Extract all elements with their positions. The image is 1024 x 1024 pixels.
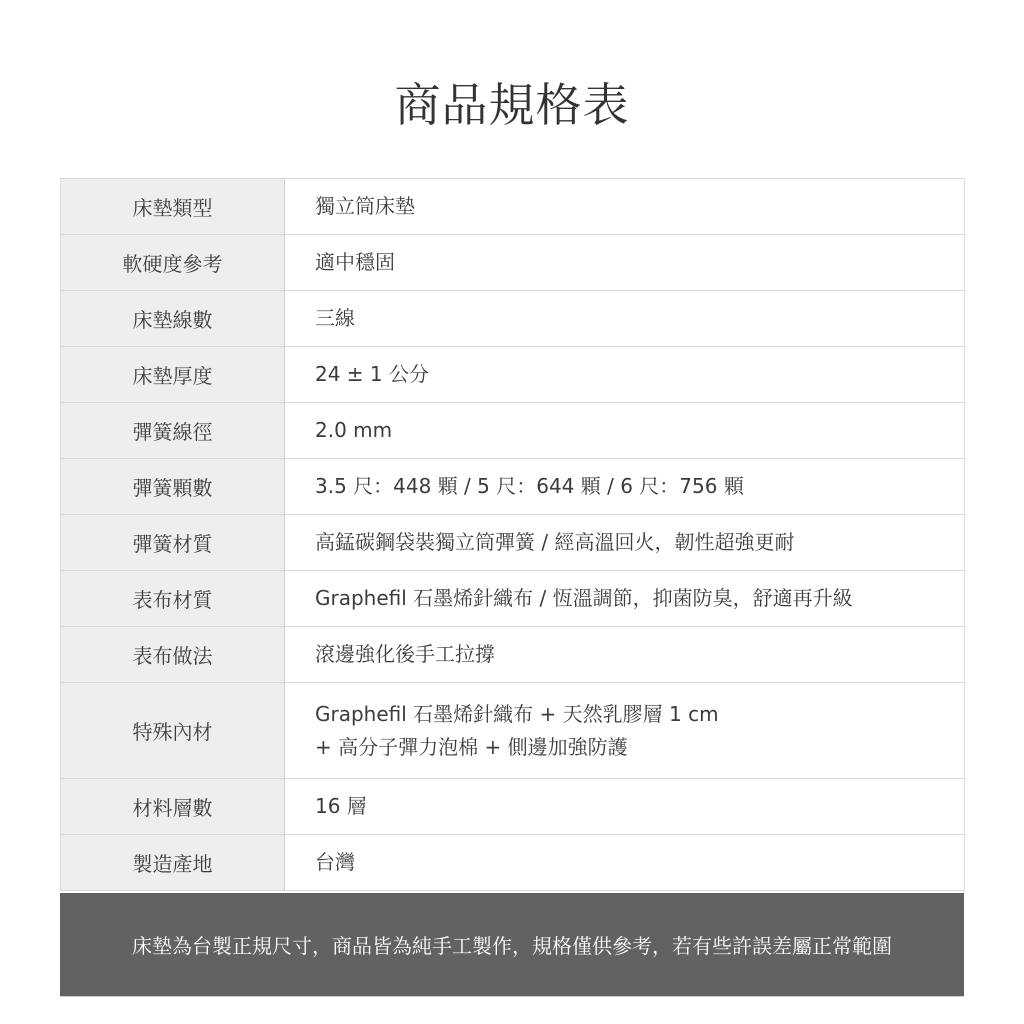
spec-row-firmness: 軟硬度參考 適中穩固 <box>61 235 965 291</box>
spec-label: 材料層數 <box>61 779 285 835</box>
spec-label: 表布做法 <box>61 627 285 683</box>
spec-value: 3.5 尺：448 顆 / 5 尺：644 顆 / 6 尺：756 顆 <box>285 459 965 515</box>
spec-value-line: Graphefil 石墨烯針織布 + 天然乳膠層 1 cm <box>315 698 964 731</box>
spec-label: 彈簧材質 <box>61 515 285 571</box>
spec-table: 床墊類型 獨立筒床墊 軟硬度參考 適中穩固 床墊線數 三線 床墊厚度 24 ± … <box>60 178 965 891</box>
spec-value: 台灣 <box>285 835 965 891</box>
spec-value: 2.0 mm <box>285 403 965 459</box>
spec-label: 表布材質 <box>61 571 285 627</box>
footer-disclaimer-text: 床墊為台製正規尺寸，商品皆為純手工製作，規格僅供參考，若有些許誤差屬正常範圍 <box>132 930 892 959</box>
spec-label: 床墊線數 <box>61 291 285 347</box>
spec-value: Graphefil 石墨烯針織布 + 天然乳膠層 1 cm + 高分子彈力泡棉 … <box>285 683 965 779</box>
spec-value: Graphefil 石墨烯針織布 / 恆溫調節，抑菌防臭，舒適再升級 <box>285 571 965 627</box>
spec-row-origin: 製造產地 台灣 <box>61 835 965 891</box>
spec-label: 特殊內材 <box>61 683 285 779</box>
spec-value-line: + 高分子彈力泡棉 + 側邊加強防護 <box>315 731 964 764</box>
spec-row-spring-material: 彈簧材質 高錳碳鋼袋裝獨立筒彈簧 / 經高溫回火，韌性超強更耐 <box>61 515 965 571</box>
spec-value: 16 層 <box>285 779 965 835</box>
spec-value: 適中穩固 <box>285 235 965 291</box>
spec-label: 軟硬度參考 <box>61 235 285 291</box>
spec-value: 高錳碳鋼袋裝獨立筒彈簧 / 經高溫回火，韌性超強更耐 <box>285 515 965 571</box>
spec-value: 24 ± 1 公分 <box>285 347 965 403</box>
footer-disclaimer: 床墊為台製正規尺寸，商品皆為純手工製作，規格僅供參考，若有些許誤差屬正常範圍 <box>60 893 964 997</box>
spec-row-fabric-method: 表布做法 滾邊強化後手工拉撐 <box>61 627 965 683</box>
page-title: 商品規格表 <box>0 76 1024 134</box>
spec-label: 製造產地 <box>61 835 285 891</box>
spec-row-fabric-material: 表布材質 Graphefil 石墨烯針織布 / 恆溫調節，抑菌防臭，舒適再升級 <box>61 571 965 627</box>
spec-label: 床墊類型 <box>61 179 285 235</box>
spec-label: 床墊厚度 <box>61 347 285 403</box>
spec-row-spring-count: 彈簧顆數 3.5 尺：448 顆 / 5 尺：644 顆 / 6 尺：756 顆 <box>61 459 965 515</box>
spec-value: 滾邊強化後手工拉撐 <box>285 627 965 683</box>
spec-row-wire-gauge: 彈簧線徑 2.0 mm <box>61 403 965 459</box>
spec-label: 彈簧線徑 <box>61 403 285 459</box>
spec-value: 三線 <box>285 291 965 347</box>
spec-row-mattress-type: 床墊類型 獨立筒床墊 <box>61 179 965 235</box>
spec-value: 獨立筒床墊 <box>285 179 965 235</box>
spec-label: 彈簧顆數 <box>61 459 285 515</box>
spec-row-thickness: 床墊厚度 24 ± 1 公分 <box>61 347 965 403</box>
spec-row-layer-count: 材料層數 16 層 <box>61 779 965 835</box>
spec-row-line-count: 床墊線數 三線 <box>61 291 965 347</box>
spec-row-special-materials: 特殊內材 Graphefil 石墨烯針織布 + 天然乳膠層 1 cm + 高分子… <box>61 683 965 779</box>
